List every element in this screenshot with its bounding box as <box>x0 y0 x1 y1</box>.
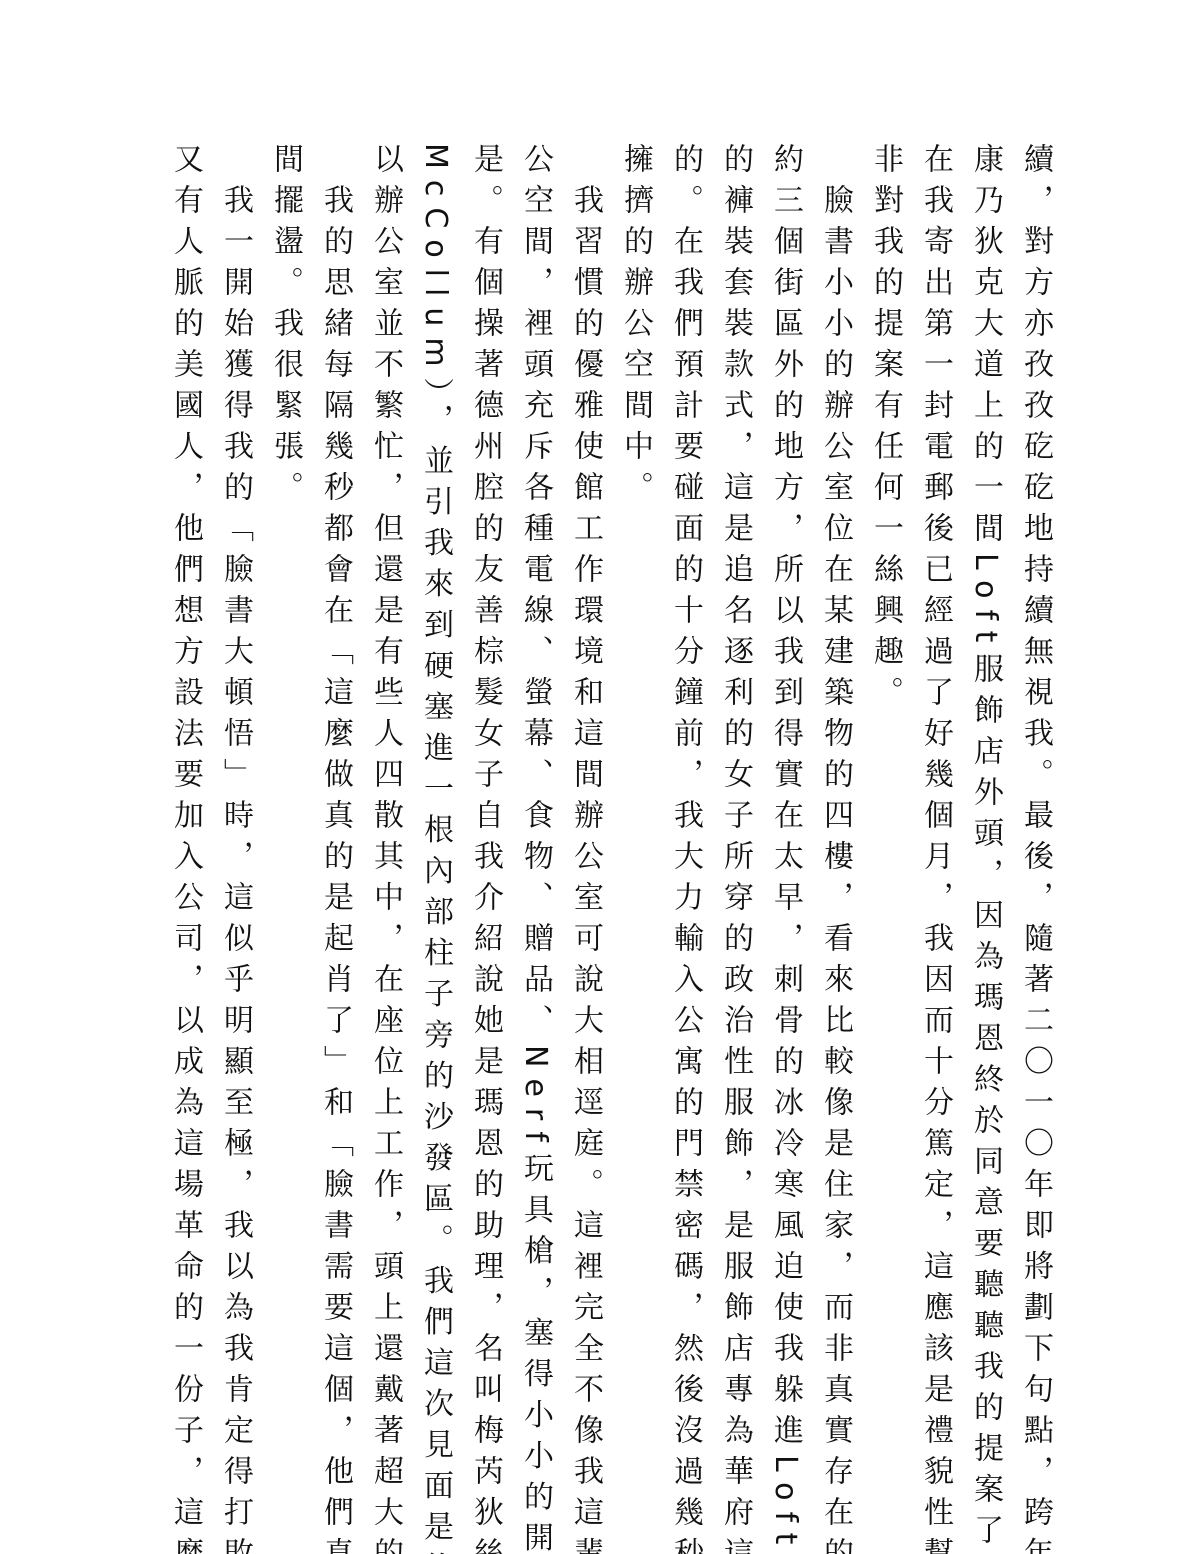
book-page: 續，對方亦孜孜矻矻地持續無視我。最後，隨著二〇一〇年即將劃下句點，跨年前夕，我人… <box>0 0 1200 1554</box>
text-column-17: 我一開始獲得我的「臉書大頓悟」時，這似乎明顯至極，我以為我肯定得打敗一整排前途璀… <box>210 143 260 1433</box>
text-column-12: 是。有個操著德州腔的友善棕髮女子自我介紹說她是瑪恩的助理，名叫梅芮狄絲（Mere… <box>460 143 510 1433</box>
text-column-4: 非對我的提案有任何一絲興趣。 <box>860 143 910 1433</box>
text-column-3: 在我寄出第一封電郵後已經過了好幾個月，我因而十分篤定，這應該是禮貌性幫愛德華一個… <box>910 143 960 1433</box>
text-column-16: 間擺盪。我很緊張。 <box>260 143 310 1433</box>
text-column-15: 我的思緒每隔幾秒都會在「這麼做真的是起肖了」和「臉書需要這個，他們真的非常需要」… <box>310 143 360 1433</box>
text-column-14: 以辦公室並不繁忙，但還是有些人四散其中，在座位上工作，頭上還戴著超大的耳機。 <box>360 143 410 1433</box>
text-column-10: 我習慣的優雅使館工作環境和這間辦公室可說大相逕庭。這裡完全不像我這輩子見過的任何… <box>560 143 610 1433</box>
text-column-11: 公空間，裡頭充斥各種電線、螢幕、食物、贈品、Nerf玩具槍，塞得小小的開放式工作… <box>510 143 560 1433</box>
text-column-2: 康乃狄克大道上的一間Loft服飾店外頭，因為瑪恩終於同意要聽聽我的提案了。不過正… <box>960 143 1010 1433</box>
text-column-9: 擁擠的辦公空間中。 <box>610 143 660 1433</box>
text-column-7: 的褲裝套裝款式，這是追名逐利的女子所穿的政治性服飾，是服飾店專為華府這邊的客群精… <box>710 143 760 1433</box>
text-column-6: 約三個街區外的地方，所以我到得實在太早，刺骨的冰冷寒風迫使我躲進Loft，並瀏覽… <box>760 143 810 1433</box>
text-column-5: 臉書小小的辦公室位在某建築物的四樓，看來比較像是住家，而非真實存在的公司。我住在… <box>810 143 860 1433</box>
text-column-18: 又有人脈的美國人，他們想方設法要加入公司，以成為這場革命的一份子，這麼想很合理吧… <box>160 143 210 1433</box>
text-column-1: 續，對方亦孜孜矻矻地持續無視我。最後，隨著二〇一〇年即將劃下句點，跨年前夕，我人… <box>1010 143 1060 1433</box>
text-column-13: McCollum），並引我來到硬塞進一根內部柱子旁的沙發區。我們這次見面是約在新… <box>410 143 460 1433</box>
text-column-8: 的。在我們預計要碰面的十分鐘前，我大力輸入公寓的門禁密碼，然後沒過幾秒，我便陷入… <box>660 143 710 1433</box>
